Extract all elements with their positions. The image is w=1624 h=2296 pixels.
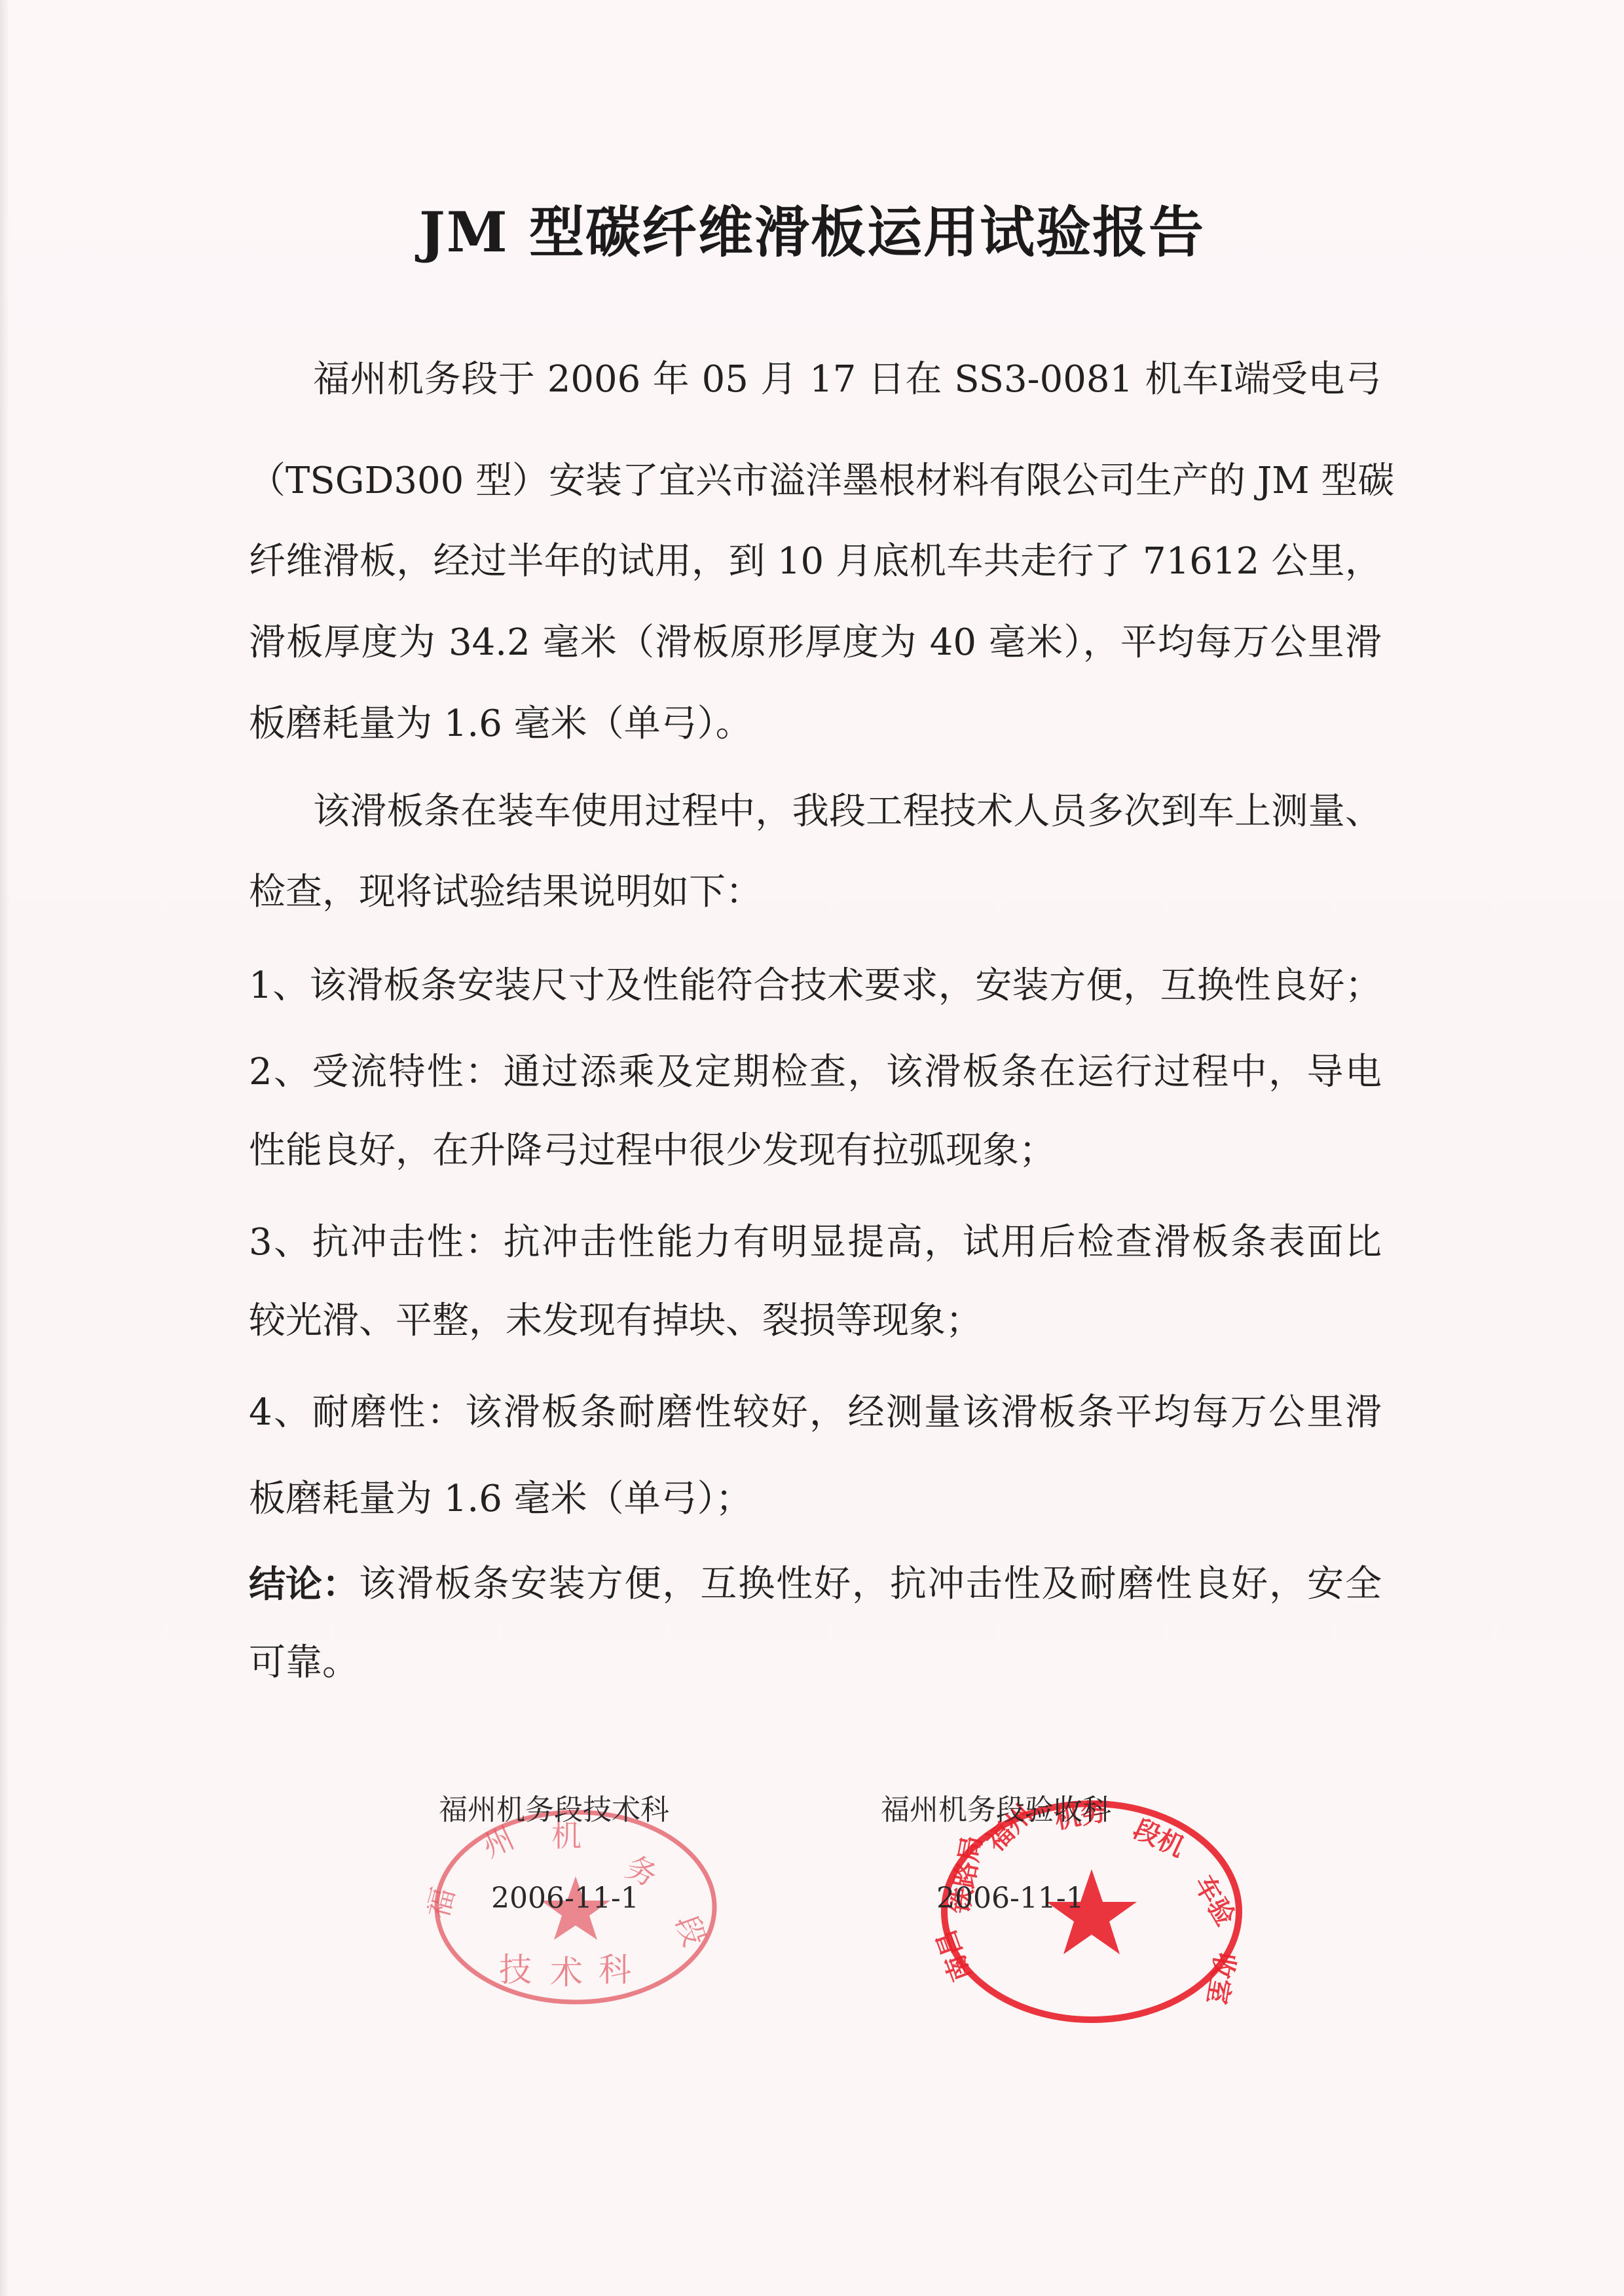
paragraph1-line-4: 滑板厚度为 34.2 毫米（滑板原形厚度为 40 毫米），平均每万公里滑 <box>249 617 1382 669</box>
conclusion-line-1: 结论： 该滑板条安装方便，互换性好，抗冲击性及耐磨性良好，安全 <box>249 1558 1382 1611</box>
svg-text:南昌: 南昌 <box>935 1925 977 1985</box>
paragraph2-line-1: 该滑板条在装车使用过程中，我段工程技术人员多次到车上测量、 <box>313 786 1382 838</box>
svg-text:段机: 段机 <box>1129 1813 1189 1863</box>
conclusion-label: 结论： <box>249 1558 359 1611</box>
conclusion-text: 该滑板条安装方便，互换性好，抗冲击性及耐磨性良好，安全 <box>359 1558 1382 1611</box>
item-2-line-2: 性能良好，在升降弓过程中很少发现有拉弧现象； <box>249 1125 1382 1177</box>
item-2-line-1: 2、受流特性：通过添乘及定期检查，该滑板条在运行过程中，导电 <box>249 1046 1382 1099</box>
document-page: JM 型碳纤维滑板运用试验报告 福州机务段于 2006 年 05 月 17 日在… <box>0 0 1624 2296</box>
svg-text:技: 技 <box>499 1951 532 1989</box>
svg-text:收室: 收室 <box>1201 1950 1240 2007</box>
item-4-line-2: 板磨耗量为 1.6 毫米（单弓）； <box>249 1473 1382 1525</box>
signature-acceptance-date: 2006-11-1 <box>936 1879 1084 1918</box>
svg-text:术: 术 <box>550 1954 583 1992</box>
svg-text:科: 科 <box>599 1951 631 1989</box>
signature-technical-department: 福州机务段技术科 <box>439 1791 669 1830</box>
scan-edge-shadow <box>0 0 9 2296</box>
paragraph1-line-3: 纤维滑板，经过半年的试用，到 10 月底机车共走行了 71612 公里， <box>249 536 1382 588</box>
paragraph2-line-2: 检查，现将试验结果说明如下： <box>249 866 1382 919</box>
item-1-line-1: 1、该滑板条安装尺寸及性能符合技术要求，安装方便，互换性良好； <box>249 960 1382 1012</box>
svg-text:段: 段 <box>669 1910 712 1951</box>
item-3-line-2: 较光滑、平整，未发现有掉块、裂损等现象； <box>249 1295 1382 1347</box>
paragraph1-line-5: 板磨耗量为 1.6 毫米（单弓）。 <box>249 698 1382 750</box>
item-3-line-1: 3、抗冲击性：抗冲击性能力有明显提高，试用后检查滑板条表面比 <box>249 1216 1382 1269</box>
paragraph1-line-1: 福州机务段于 2006 年 05 月 17 日在 SS3-0081 机车Ⅰ端受电… <box>313 354 1382 406</box>
paragraph1-line-2: （TSGD300 型）安装了宜兴市溢洋墨根材料有限公司生产的 JM 型碳 <box>249 455 1382 507</box>
signature-acceptance-department: 福州机务段验收科 <box>881 1791 1111 1830</box>
conclusion-line-2: 可靠。 <box>249 1637 1382 1689</box>
document-title: JM 型碳纤维滑板运用试验报告 <box>0 196 1624 268</box>
svg-text:福: 福 <box>427 1884 462 1922</box>
item-4-line-1: 4、耐磨性：该滑板条耐磨性较好，经测量该滑板条平均每万公里滑 <box>249 1387 1382 1439</box>
signature-technical-date: 2006-11-1 <box>491 1879 639 1918</box>
